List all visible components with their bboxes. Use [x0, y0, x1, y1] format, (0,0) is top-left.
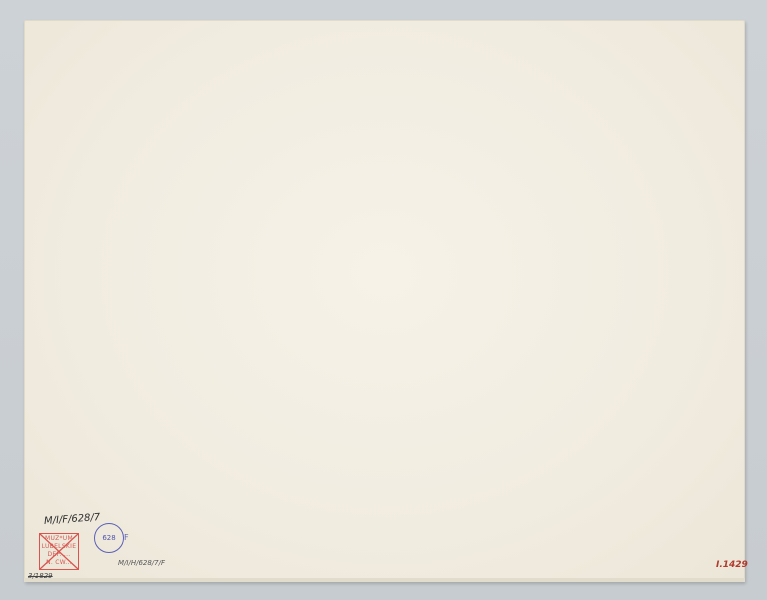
- round-stamp-suffix: F: [124, 533, 129, 542]
- paper-sheet: [24, 20, 745, 582]
- cross-out-icon: [40, 534, 78, 569]
- round-stamp-number: 628: [102, 534, 115, 542]
- museum-round-stamp: 628: [94, 523, 124, 553]
- museum-square-stamp: MUZ*UM LUBELSKIE DEP. ... N. CW...: [39, 533, 79, 570]
- red-catalog-number: I.1429: [716, 560, 748, 570]
- struck-through-number: 3/1829: [28, 572, 53, 580]
- paper-bottom-edge: [24, 578, 745, 582]
- inventory-number-pencil: M/I/H/628/7/F: [118, 559, 165, 567]
